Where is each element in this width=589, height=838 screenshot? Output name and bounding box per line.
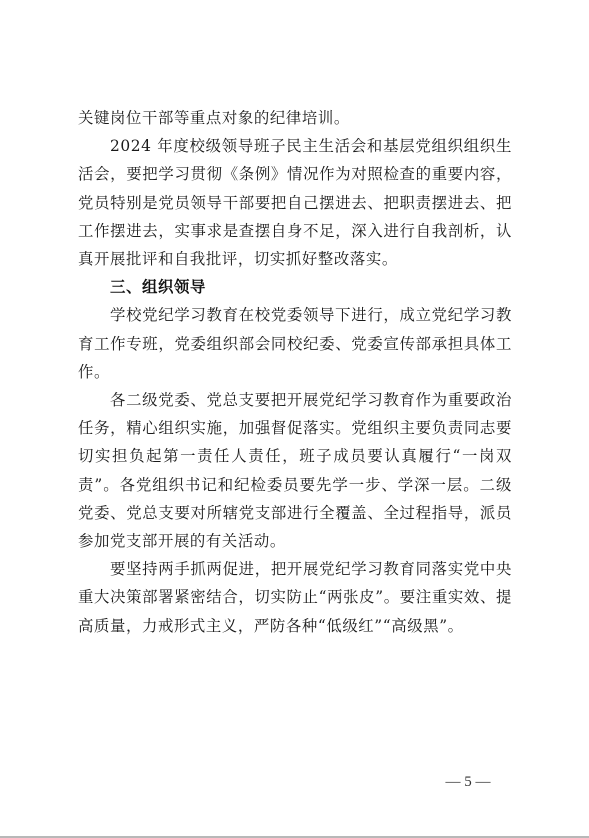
paragraph-work-team: 学校党纪学习教育在校党委领导下进行，成立党纪学习教育工作专班，党委组织部会同校纪… <box>78 301 512 386</box>
document-page: 关键岗位干部等重点对象的纪律培训。 2024 年度校级领导班子民主生活会和基层党… <box>0 0 589 838</box>
paragraph-two-hands: 要坚持两手抓两促进，把开展党纪学习教育同落实党中央重大决策部署紧密结合，切实防止… <box>78 555 512 640</box>
section-heading-organization-leadership: 三、组织领导 <box>78 273 512 301</box>
page-number: — 5 — <box>440 774 496 791</box>
page-body: 关键岗位干部等重点对象的纪律培训。 2024 年度校级领导班子民主生活会和基层党… <box>78 104 512 640</box>
paragraph-secondary-committees: 各二级党委、党总支要把开展党纪学习教育作为重要政治任务，精心组织实施，加强督促落… <box>78 386 512 555</box>
paragraph-democratic-life-meeting: 2024 年度校级领导班子民主生活会和基层党组织组织生活会，要把学习贯彻《条例》… <box>78 132 512 273</box>
paragraph-continuation: 关键岗位干部等重点对象的纪律培训。 <box>78 104 512 132</box>
